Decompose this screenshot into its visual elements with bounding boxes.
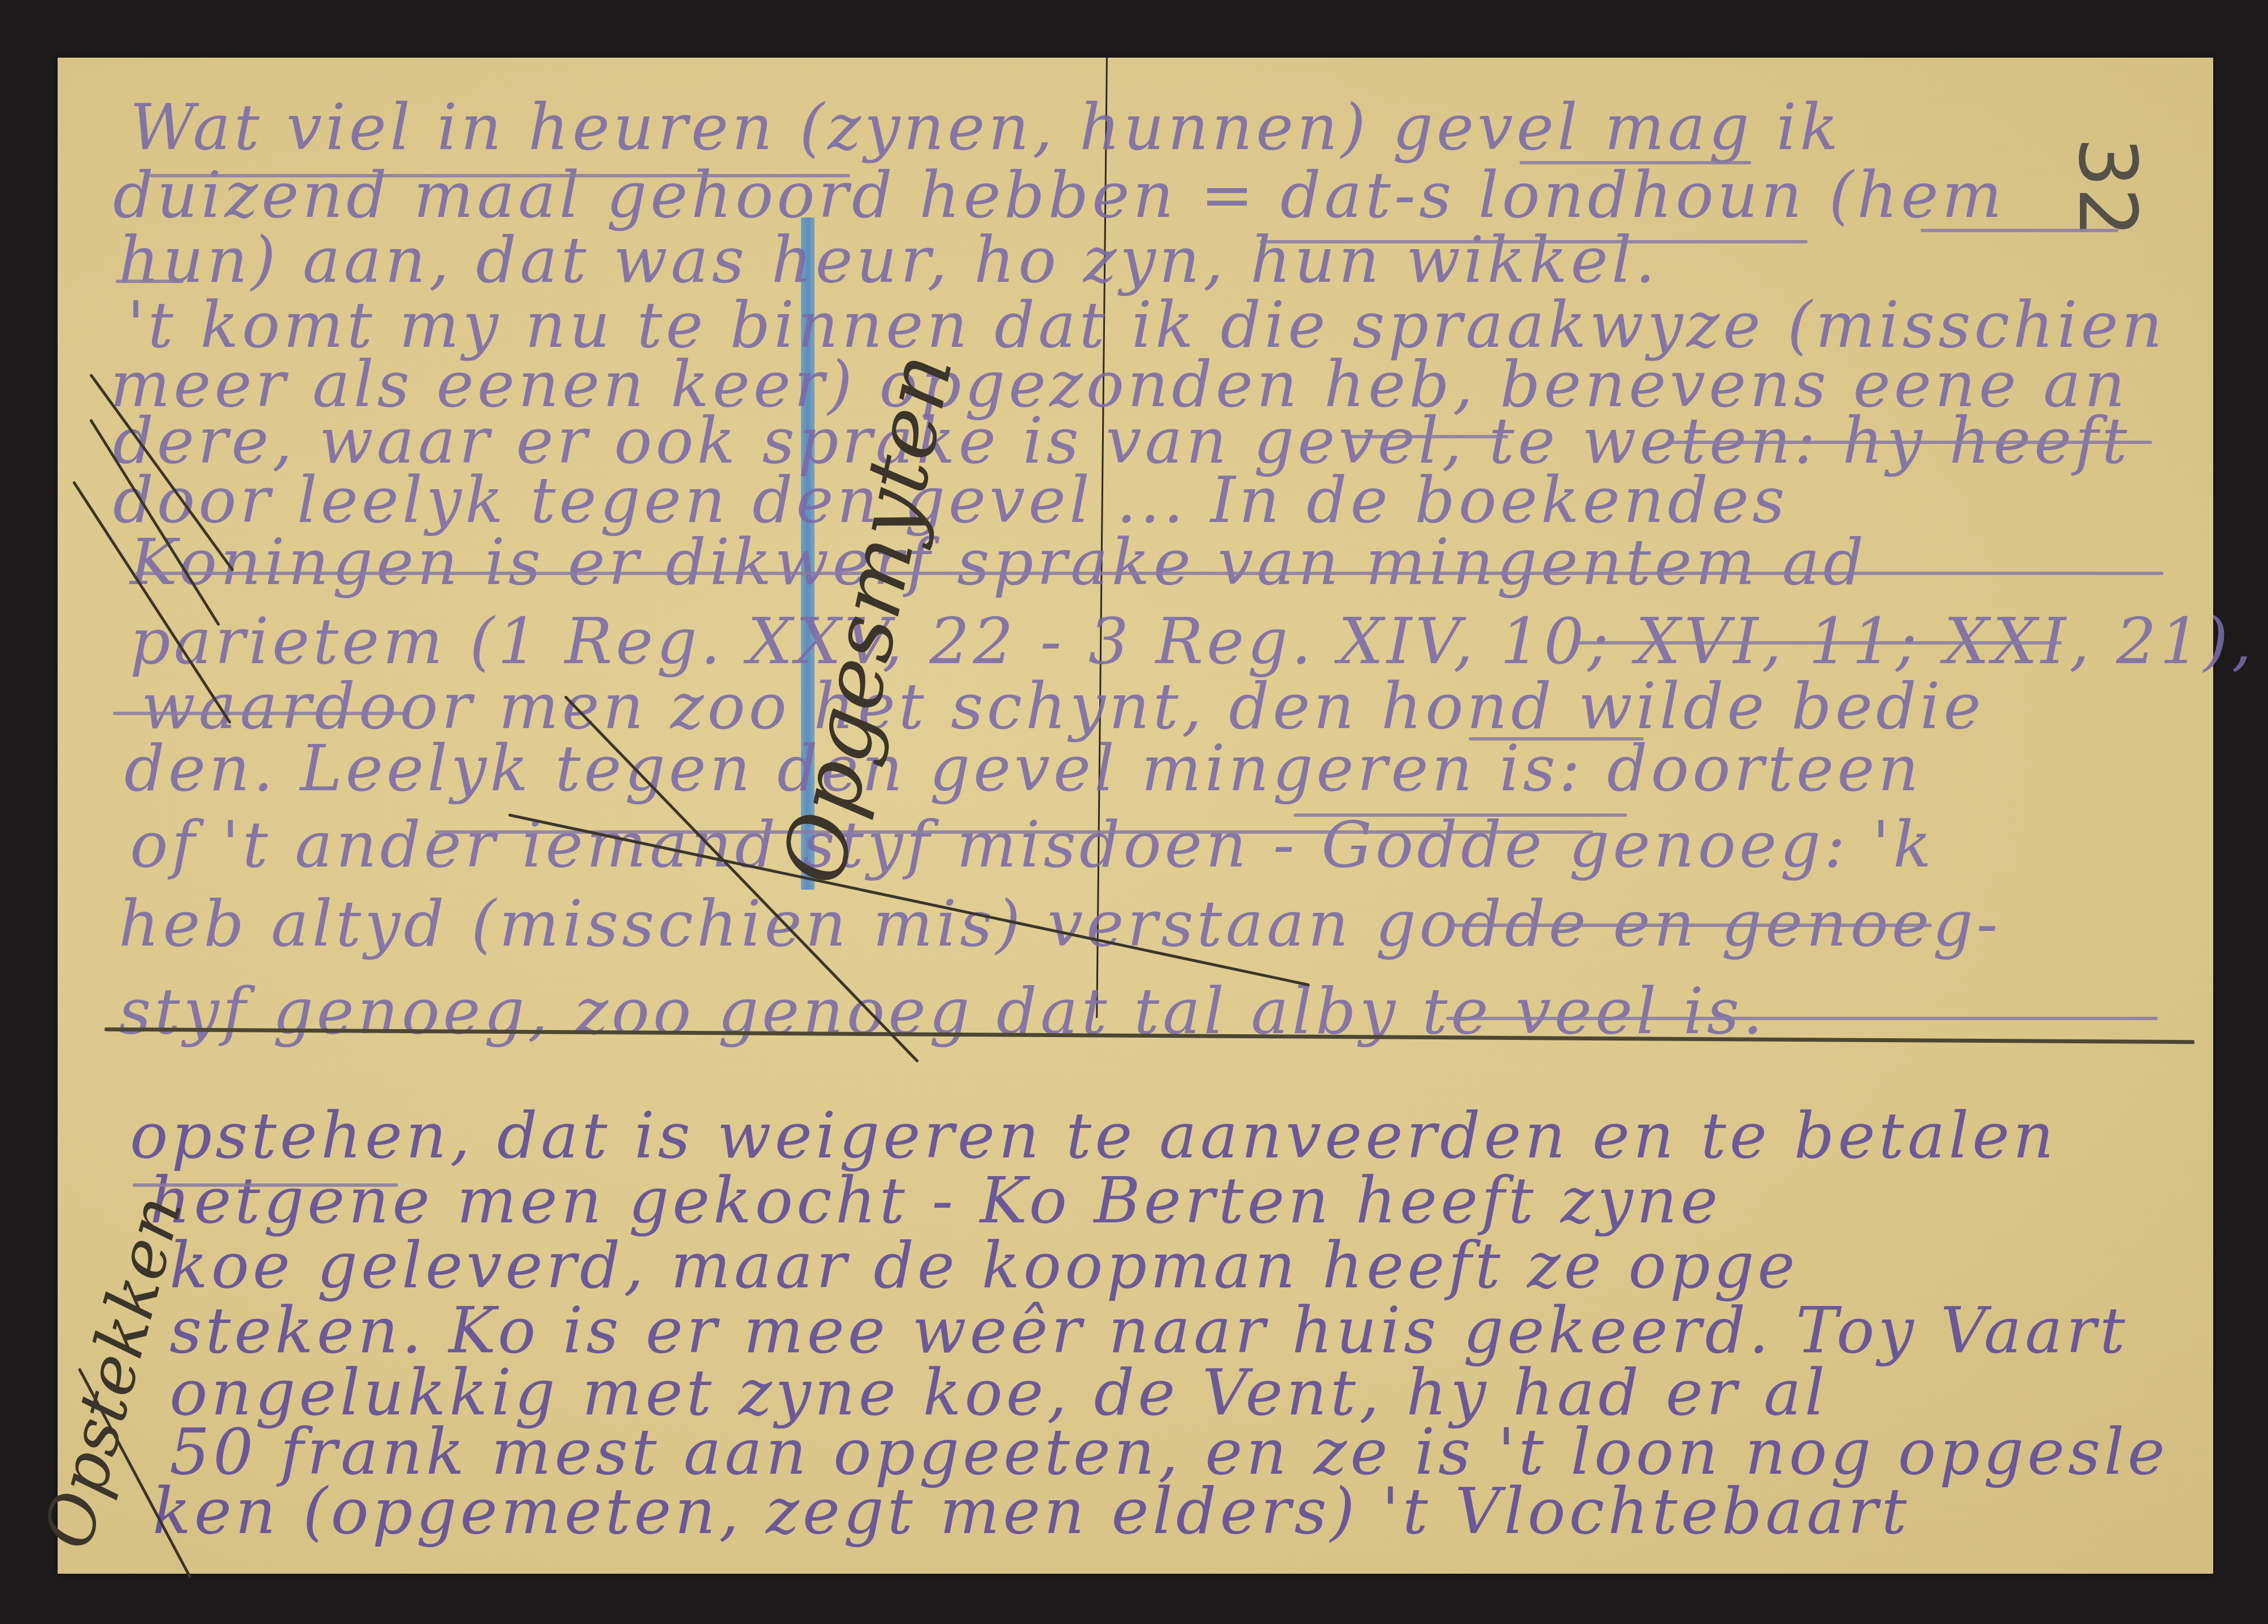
text-line-21: ken (opgemeten, zegt men elders) 't Vloc… xyxy=(153,1480,1910,1543)
underline-leelyk xyxy=(435,830,1593,834)
text-line-12: of 't ander iemand styf misdoen - Godde … xyxy=(130,813,1935,877)
underline-mingentem xyxy=(1576,641,2062,645)
text-line-8: Koningen is er dikwerf sprake van mingen… xyxy=(130,531,1867,594)
text-line-10: waardoor men zoo het schynt, den hond wi… xyxy=(141,675,1984,738)
underline-gevel-2 xyxy=(1350,435,1508,438)
text-line-2: duizend maal gehoord hebben = dat-s lond… xyxy=(113,164,2005,227)
underline-hond xyxy=(1469,737,1644,741)
text-line-1: Wat viel in heuren (zynen, hunnen) gevel… xyxy=(130,96,1842,159)
underline-godde-genoeg xyxy=(1452,924,1932,927)
text-line-15: opstehen, dat is weigeren te aanveerden … xyxy=(130,1104,2057,1168)
text-line-18: steken. Ko is er mee weêr naar huis geke… xyxy=(169,1299,2128,1362)
underline-bibline xyxy=(136,572,2163,575)
underline-wat-viel xyxy=(150,174,850,177)
underline-parietem xyxy=(113,712,407,715)
underline-gevel-1 xyxy=(1520,161,1751,164)
page-number: 32 xyxy=(2061,137,2153,237)
underline-boekendes xyxy=(1666,441,2152,444)
underline-hun xyxy=(116,280,184,283)
underline-dat-s-londhoun xyxy=(1260,240,1808,243)
text-line-3: hun) aan, dat was heur, ho zyn, hun wikk… xyxy=(119,229,1658,292)
text-line-7: door leelyk tegen den gevel ... In de bo… xyxy=(113,469,1788,532)
text-line-16: hetgene men gekocht - Ko Berten heeft zy… xyxy=(150,1169,1721,1233)
underline-opstehen xyxy=(133,1183,398,1187)
text-line-17: koe geleverd, maar de koopman heeft ze o… xyxy=(169,1234,1799,1298)
text-line-11: den. Leelyk tegen den gevel mingeren is:… xyxy=(124,737,1922,800)
underline-mingeren xyxy=(1294,813,1627,817)
underline-hem xyxy=(1921,229,2118,232)
underline-godde-en-genoeg xyxy=(1446,1017,2158,1020)
